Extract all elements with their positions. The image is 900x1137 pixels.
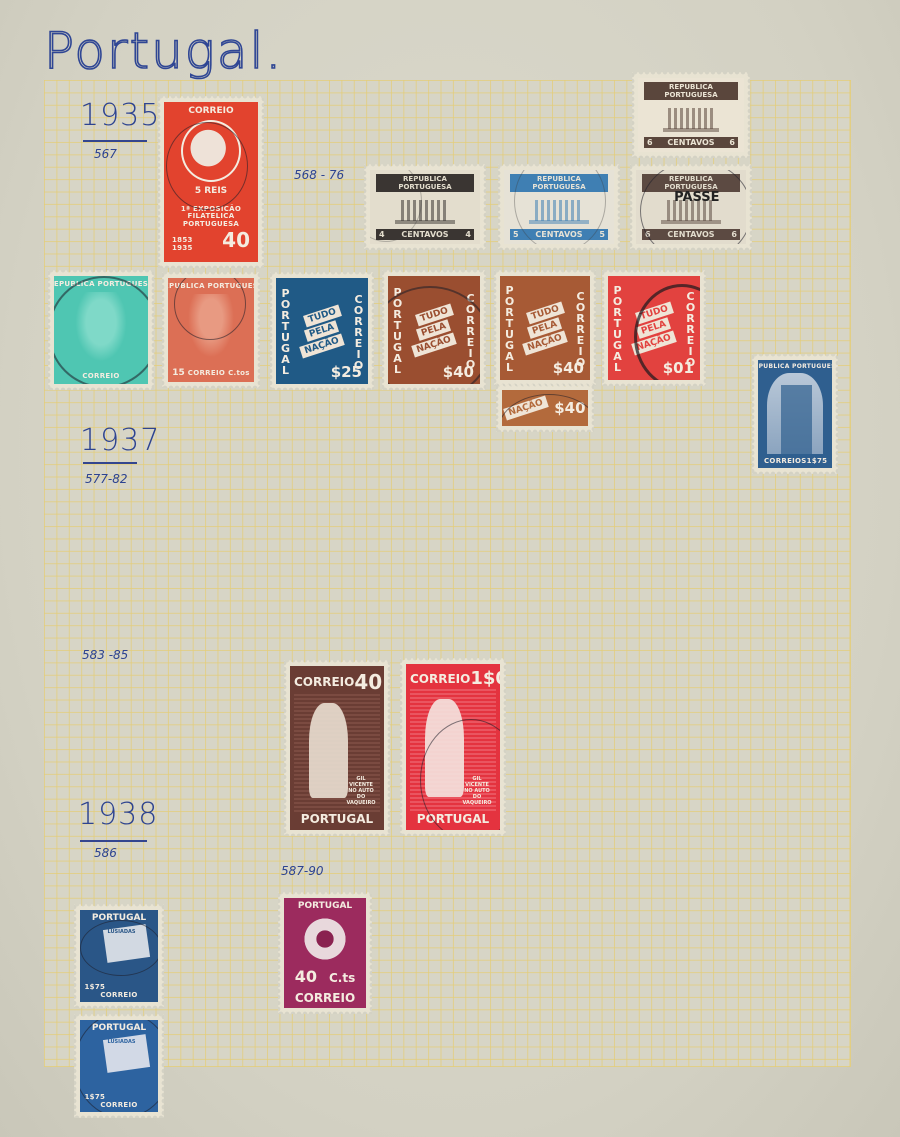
- stamp-value: 5: [513, 230, 519, 239]
- lusiadas-figure-icon: LUSIADAS: [83, 923, 155, 983]
- catalog-number: 587-90: [281, 864, 324, 878]
- stamp-text: REPUBLICA PORTUGUESA: [758, 363, 832, 370]
- year-underline: [83, 140, 147, 142]
- stamp-value: 15: [172, 368, 185, 378]
- stamp-text: 5 REIS: [195, 186, 227, 196]
- stamp-value: 40: [295, 967, 317, 986]
- stamp-tudo-pela-nacao-40-fragment[interactable]: NAÇÃO $40: [496, 384, 594, 432]
- overprint-text: PASSE: [674, 190, 719, 205]
- stamp-text: CENTAVOS: [667, 230, 714, 239]
- stamp-value: 4: [379, 230, 385, 239]
- cathedral-icon: [767, 373, 823, 454]
- stamp-text: REPUBLICA PORTUGUESA: [376, 174, 474, 192]
- stamp-value: 1$75: [82, 1093, 157, 1101]
- stamp-value: 1$00: [470, 668, 500, 689]
- stamp-text: LUSIADAS: [107, 929, 135, 935]
- stamp-text: CORREIO: [100, 991, 137, 999]
- stamp-value: 6: [647, 138, 653, 147]
- stamp-tudo-pela-nacao-25[interactable]: PORTUGAL TUDO PELA NAÇÃO CORREIO $25: [270, 272, 374, 390]
- ceres-portrait-icon: [71, 292, 131, 368]
- stamp-text: CENTAVOS: [535, 230, 582, 239]
- stamp-text: PORTUGAL: [611, 284, 624, 372]
- stamp-text: PORTUGAL: [92, 913, 146, 923]
- stamp-temple-6c[interactable]: REPUBLICA PORTUGUESA 6 CENTAVOS 6: [632, 72, 750, 158]
- year-heading-1938: 1938: [78, 797, 158, 832]
- stamp-value: 4: [465, 230, 471, 239]
- stamp-text: CORREIO: [82, 372, 119, 380]
- stamp-value: 40: [222, 228, 250, 252]
- stamp-gil-vicente-40[interactable]: CORREIO 40 GIL VICENTE NO AUTO DO VAQUEI…: [284, 660, 390, 836]
- stamp-value: $40: [443, 363, 474, 381]
- stamp-temple-4c[interactable]: REPUBLICA PORTUGUESA 4 CENTAVOS 4: [364, 164, 486, 250]
- stamp-value: 6: [731, 230, 737, 239]
- stamp-temple-5c[interactable]: REPUBLICA PORTUGUESA 5 CENTAVOS 5: [498, 164, 620, 250]
- stamp-text: PORTUGUESA: [181, 221, 241, 228]
- shepherd-figure-icon: GIL VICENTE NO AUTO DO VAQUEIRO: [410, 689, 496, 812]
- page-title: Portugal.: [44, 22, 283, 80]
- year-heading-1935: 1935: [80, 98, 160, 133]
- shepherd-figure-icon: GIL VICENTE NO AUTO DO VAQUEIRO: [294, 694, 380, 812]
- stamp-text: CORREIO: [574, 290, 587, 367]
- portrait-icon: [181, 120, 241, 182]
- stamp-grapes-40c[interactable]: PORTUGAL 40 C.ts CORREIO: [278, 892, 372, 1014]
- stamp-text: CORREIOS: [764, 457, 807, 465]
- stamp-text: REPUBLICA PORTUGUESA: [54, 280, 148, 288]
- stamp-ceres-15c[interactable]: REPUBLICA PORTUGUESA 15 CORREIO C.tos: [162, 272, 260, 388]
- catalog-number: 586: [94, 846, 117, 860]
- catalog-number: 577-82: [85, 472, 128, 486]
- stamp-temple-6c-overprint[interactable]: REPUBLICA PORTUGUESA PASSE 6 CENTAVOS 6: [630, 164, 752, 250]
- stamp-text: CENTAVOS: [667, 138, 714, 147]
- catalog-number: 567: [94, 147, 117, 161]
- stamp-text: PORTUGAL: [279, 287, 292, 375]
- stamp-value: $40: [553, 359, 584, 377]
- stamp-text: PORTUGAL: [391, 286, 404, 374]
- year-underline: [83, 462, 137, 464]
- stamp-text: PORTUGAL: [301, 812, 373, 826]
- stamp-text: PORTUGAL: [417, 812, 489, 826]
- stamp-text: CORREIO: [410, 672, 470, 686]
- stamp-text: 1853 1935: [172, 236, 192, 252]
- stamp-text: CORREIO: [294, 675, 354, 689]
- grapes-icon: [300, 916, 350, 962]
- stamp-text: C.tos: [228, 369, 250, 377]
- stamp-text: CORREIO: [464, 292, 477, 369]
- catalog-number: 583 -85: [82, 648, 128, 662]
- stamp-ceres-green[interactable]: REPUBLICA PORTUGUESA CORREIO: [48, 270, 154, 390]
- year-underline: [80, 840, 147, 842]
- stamp-value: $25: [331, 363, 362, 381]
- banner-text: NAÇÃO: [504, 396, 549, 421]
- stamp-text: CORREIO: [188, 369, 225, 377]
- stamp-text: PORTUGAL: [92, 1023, 146, 1033]
- stamp-text: CORREIO: [100, 1101, 137, 1109]
- stamp-value: $40: [554, 399, 585, 417]
- stamp-text: REPUBLICA PORTUGUESA: [168, 282, 254, 290]
- stamp-value: $01: [663, 359, 694, 377]
- stamp-text: CENTAVOS: [401, 230, 448, 239]
- catalog-number: 568 - 76: [294, 168, 344, 182]
- stamp-caption: GIL VICENTE NO AUTO DO VAQUEIRO: [346, 776, 376, 806]
- stamp-text: PORTUGAL: [503, 284, 516, 372]
- ceres-portrait-icon: [184, 294, 239, 364]
- stamp-text: CORREIO: [684, 290, 697, 367]
- stamp-text: CORREIO: [295, 991, 355, 1005]
- stamp-text: REPUBLICA PORTUGUESA: [510, 174, 608, 192]
- stamp-lusiadas-1-75[interactable]: PORTUGAL LUSIADAS 1$75 CORREIO: [74, 904, 164, 1008]
- stamp-value: 40: [354, 670, 382, 694]
- stamp-text: LUSIADAS: [107, 1039, 135, 1045]
- stamp-tudo-pela-nacao-red[interactable]: PORTUGAL TUDO PELA NAÇÃO CORREIO $01: [602, 270, 706, 386]
- stamp-text: PORTUGAL: [298, 901, 352, 911]
- stamp-text: CORREIO: [352, 293, 365, 370]
- year-heading-1937: 1937: [80, 423, 160, 458]
- stamp-tudo-pela-nacao-40[interactable]: PORTUGAL TUDO PELA NAÇÃO CORREIO $40: [382, 270, 486, 390]
- stamp-text: REPUBLICA PORTUGUESA: [644, 82, 738, 100]
- stamp-gil-vicente-1-00[interactable]: CORREIO 1$00 GIL VICENTE NO AUTO DO VAQU…: [400, 658, 506, 836]
- stamp-tudo-pela-nacao-40[interactable]: PORTUGAL TUDO PELA NAÇÃO CORREIO $40: [494, 270, 596, 386]
- stamp-coimbra-cathedral[interactable]: REPUBLICA PORTUGUESA CORREIOS 1$75: [752, 354, 838, 474]
- stamp-text: CORREIO: [188, 106, 233, 116]
- lusiadas-figure-icon: LUSIADAS: [83, 1033, 155, 1093]
- stamp-lusiadas-1-75[interactable]: PORTUGAL LUSIADAS 1$75 CORREIO: [74, 1014, 164, 1118]
- stamp-caption: GIL VICENTE NO AUTO DO VAQUEIRO: [462, 776, 492, 806]
- stamp-text: C.ts: [329, 971, 355, 985]
- stamp-value: 6: [645, 230, 651, 239]
- stamp-value: 1$75: [82, 983, 157, 991]
- stamp-exposicao-40[interactable]: CORREIO 5 REIS 1ª EXPOSICÃO FILATELICA P…: [158, 96, 264, 268]
- stamp-value: 6: [729, 138, 735, 147]
- stamp-value: 1$75: [807, 457, 828, 465]
- stamp-value: 5: [599, 230, 605, 239]
